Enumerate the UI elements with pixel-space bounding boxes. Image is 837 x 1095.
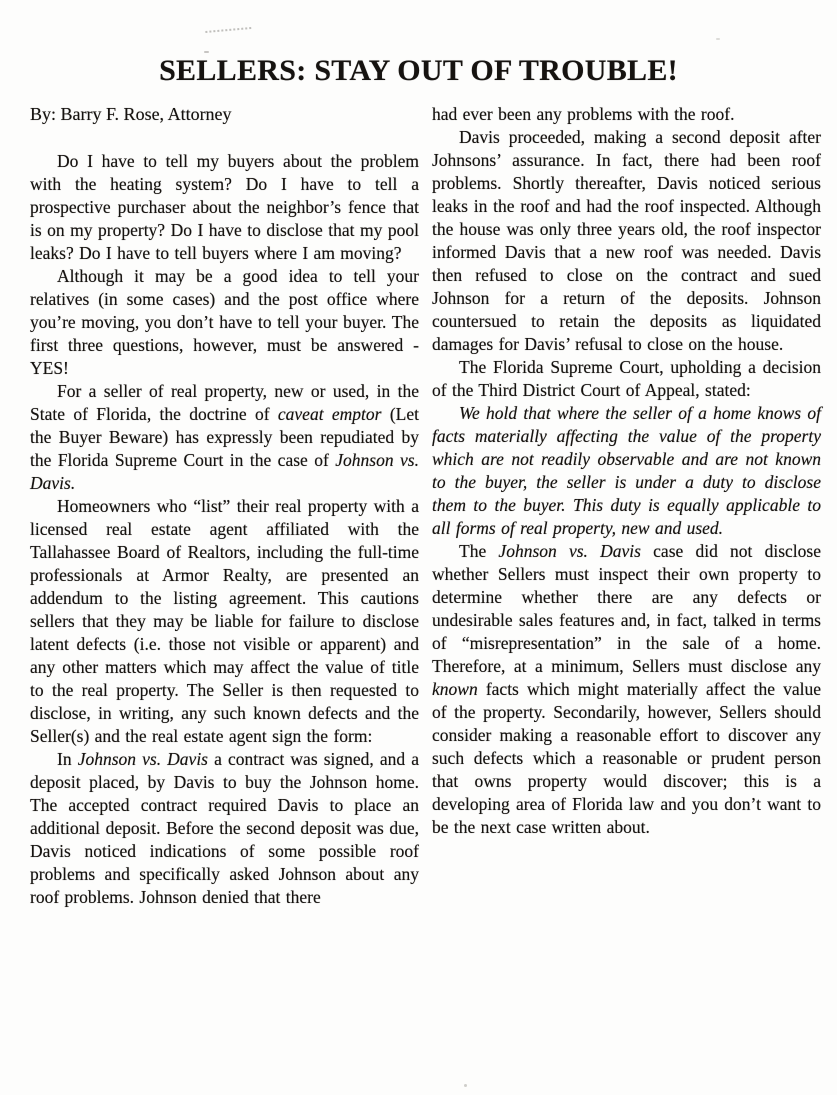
paragraph: Although it may be a good idea to tell y… [30, 265, 419, 380]
text-segment: Homeowners who “list” their real propert… [30, 496, 419, 746]
text-segment: Although it may be a good idea to tell y… [30, 266, 419, 378]
paragraph: For a seller of real property, new or us… [30, 380, 419, 495]
text-segment: The Florida Supreme Court, upholding a d… [432, 357, 821, 400]
italic-text-segment: Johnson vs. Davis [78, 749, 208, 769]
paragraph: The Florida Supreme Court, upholding a d… [432, 356, 821, 402]
italic-text-segment: Johnson vs. Davis [498, 541, 641, 561]
text-segment: facts which might materially affect the … [432, 679, 821, 837]
article-title: SELLERS: STAY OUT OF TROUBLE! [0, 0, 837, 88]
text-segment: Davis proceeded, making a second deposit… [432, 127, 821, 354]
article-column-left: By: Barry F. Rose, Attorney Do I have to… [30, 103, 419, 909]
document-page: SELLERS: STAY OUT OF TROUBLE! By: Barry … [0, 0, 837, 1095]
scan-artifact-speck [464, 1084, 467, 1087]
text-segment: In [57, 749, 78, 769]
text-segment: case did not disclose whether Sellers mu… [432, 541, 821, 676]
italic-text-segment: caveat emptor [278, 404, 382, 424]
paragraph: Homeowners who “list” their real propert… [30, 495, 419, 748]
text-segment: a contract was signed, and a deposit pla… [30, 749, 419, 907]
text-segment: The [459, 541, 498, 561]
paragraph: Davis proceeded, making a second deposit… [432, 126, 821, 356]
paragraph: The Johnson vs. Davis case did not discl… [432, 540, 821, 839]
text-segment: had ever been any problems with the roof… [432, 104, 734, 124]
italic-text-segment: known [432, 679, 478, 699]
paragraph: had ever been any problems with the roof… [432, 103, 821, 126]
paragraph: Do I have to tell my buyers about the pr… [30, 150, 419, 265]
italic-text-segment: We hold that where the seller of a home … [432, 403, 821, 538]
paragraph: We hold that where the seller of a home … [432, 402, 821, 540]
byline: By: Barry F. Rose, Attorney [30, 103, 419, 126]
text-segment: Do I have to tell my buyers about the pr… [30, 151, 419, 263]
paragraph: In Johnson vs. Davis a contract was sign… [30, 748, 419, 909]
article-column-right: had ever been any problems with the roof… [432, 103, 821, 909]
article-body: By: Barry F. Rose, Attorney Do I have to… [0, 103, 837, 909]
